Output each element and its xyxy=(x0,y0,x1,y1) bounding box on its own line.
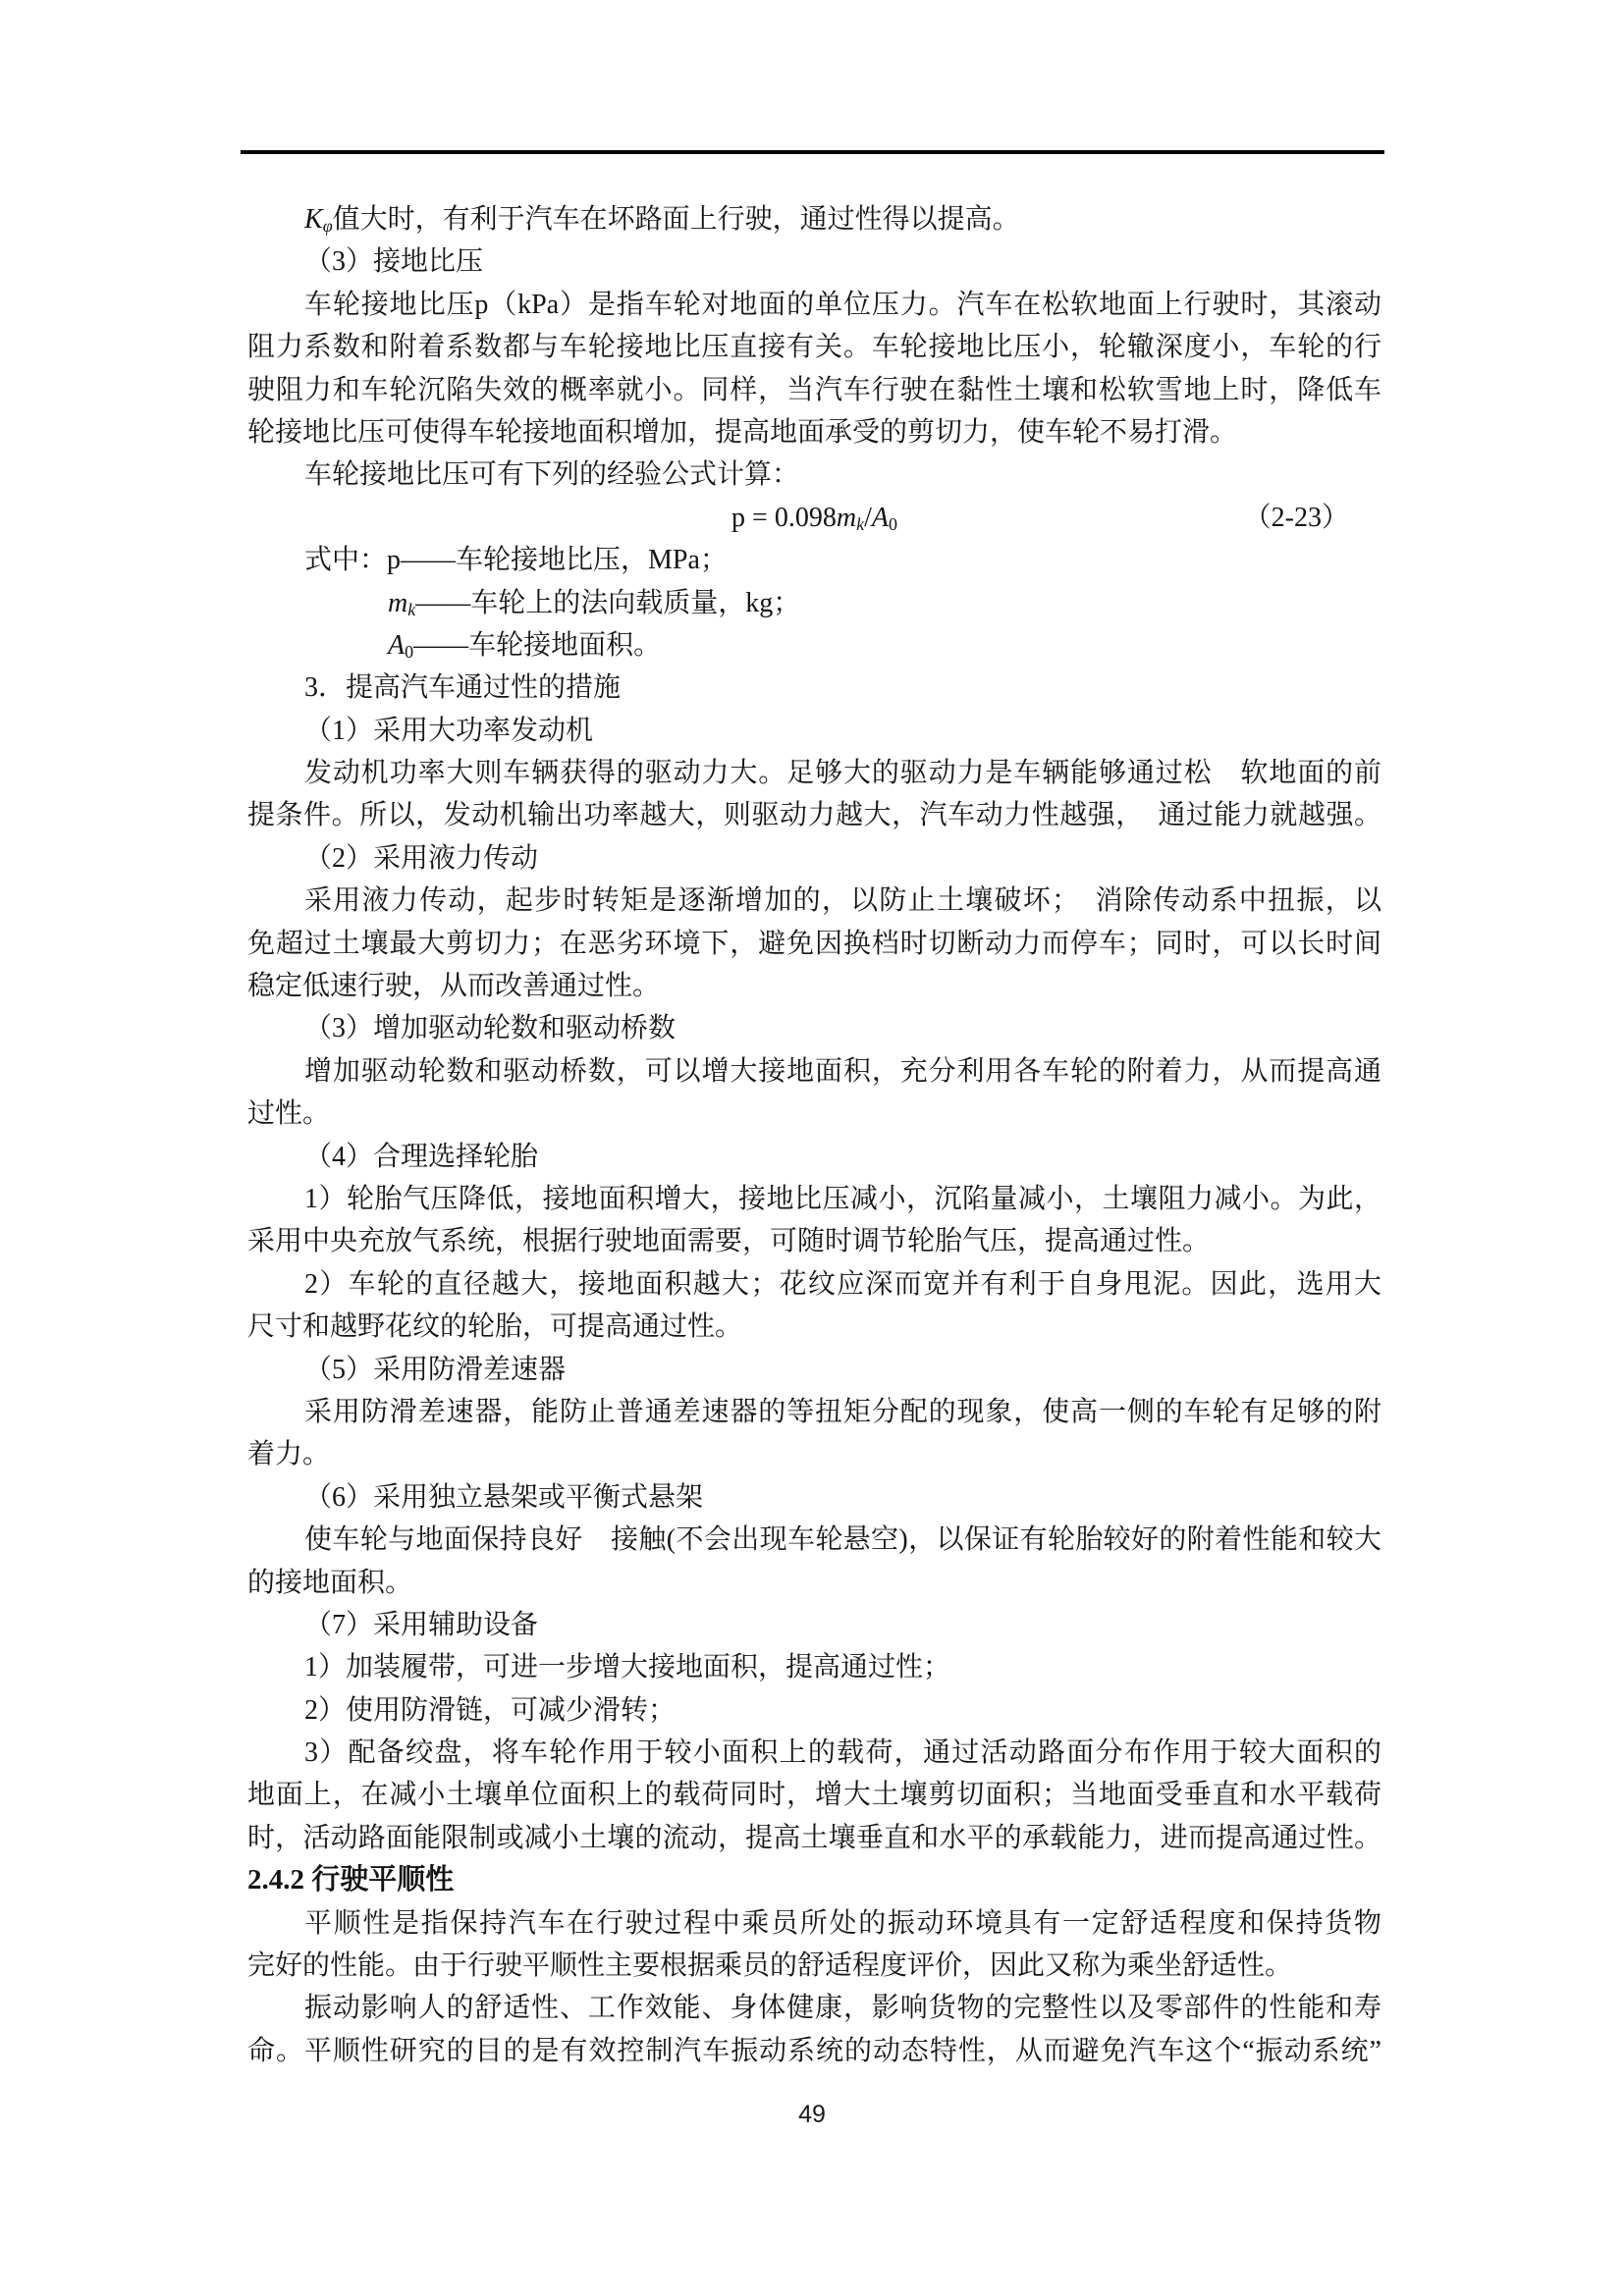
para-hydraulic-line: 免超过土壤最大剪切力；在恶劣环境下，避免因换档时切断动力而停车；同时，可以长时间 xyxy=(247,923,1381,965)
para-ground-pressure-line: 阻力系数和附着系数都与车轮接地比压直接有关。车轮接地比压小，轮辙深度小，车轮的行 xyxy=(247,326,1381,368)
page-footer: 49 xyxy=(0,2101,1624,2129)
subheading-measure-1-engine: （1）采用大功率发动机 xyxy=(247,710,1381,752)
para-vibration-line: 振动影响人的舒适性、工作效能、身体健康，影响货物的完整性以及零部件的性能和寿 xyxy=(247,1987,1381,2029)
para-engine-line: 发动机功率大则车辆获得的驱动力大。足够大的驱动力是车辆能够通过松 软地面的前 xyxy=(247,752,1381,794)
subheading-measure-2-hydraulic: （2）采用液力传动 xyxy=(247,837,1381,880)
subheading-measure-5-differential: （5）采用防滑差速器 xyxy=(247,1349,1381,1391)
para-differential-line: 采用防滑差速器，能防止普通差速器的等扭矩分配的现象，使高一侧的车轮有足够的附 xyxy=(247,1391,1381,1433)
subheading-improvement-measures: 3．提高汽车通过性的措施 xyxy=(247,667,1381,709)
para-tire-size-line: 尺寸和越野花纹的轮胎，可提高通过性。 xyxy=(247,1306,1381,1348)
equation-row: p = 0.098mk/A0 （2-23） xyxy=(247,497,1381,539)
equation-number: （2-23） xyxy=(1244,497,1349,539)
header-rule xyxy=(241,150,1384,154)
subheading-measure-6-suspension: （6）采用独立悬架或平衡式悬架 xyxy=(247,1476,1381,1519)
para-drive-wheels-line: 增加驱动轮数和驱动桥数，可以增大接地面积，充分利用各车轮的附着力，从而提高通 xyxy=(247,1050,1381,1093)
para-winch-line: 地面上，在减小土壤单位面积上的载荷同时，增大土壤剪切面积；当地面受垂直和水平载荷 xyxy=(247,1774,1381,1816)
remark-kphi-line: Kφ值大时，有利于汽车在坏路面上行驶，通过性得以提高。 xyxy=(247,198,1381,240)
subheading-measure-3-drive-wheels: （3）增加驱动轮数和驱动桥数 xyxy=(247,1007,1381,1049)
section-heading-ride-comfort: 2.4.2 行驶平顺性 xyxy=(247,1859,1381,1901)
para-ride-comfort-line: 平顺性是指保持汽车在行驶过程中乘员所处的振动环境具有一定舒适程度和保持货物 xyxy=(247,1902,1381,1945)
para-engine-line: 提条件。所以，发动机输出功率越大，则驱动力越大，汽车动力性越强， 通过能力就越强… xyxy=(247,794,1381,836)
para-vibration-line: 命。平顺性研究的目的是有效控制汽车振动系统的动态特性，从而避免汽车这个“振动系统… xyxy=(247,2030,1381,2072)
symbol-note-a0-line: A0——车轮接地面积。 xyxy=(247,624,1381,667)
subheading-measure-4-tires: （4）合理选择轮胎 xyxy=(247,1136,1381,1178)
para-suspension-line: 使车轮与地面保持良好 接触(不会出现车轮悬空)，以保证有轮胎较好的附着性能和较大 xyxy=(247,1519,1381,1561)
para-ride-comfort-line: 完好的性能。由于行驶平顺性主要根据乘员的舒适程度评价，因此又称为乘坐舒适性。 xyxy=(247,1945,1381,1987)
para-ground-pressure-line: 驶阻力和车轮沉陷失效的概率就小。同样，当汽车行驶在黏性土壤和松软雪地上时，降低车 xyxy=(247,369,1381,411)
para-ground-pressure-line: 车轮接地比压p（kPa）是指车轮对地面的单位压力。汽车在松软地面上行驶时，其滚动 xyxy=(247,284,1381,326)
para-winch-line: 3）配备绞盘，将车轮作用于较小面积上的载荷，通过活动路面分布作用于较大面积的 xyxy=(247,1732,1381,1774)
para-tire-pressure-line: 1）轮胎气压降低，接地面积增大，接地比压减小，沉陷量减小，土壤阻力减小。为此， xyxy=(247,1178,1381,1220)
symbol-note-p-line: 式中：p——车轮接地比压，MPa； xyxy=(247,539,1381,581)
para-drive-wheels-line: 过性。 xyxy=(247,1093,1381,1135)
formula-intro-line: 车轮接地比压可有下列的经验公式计算： xyxy=(247,454,1381,496)
symbol-note-mk-line: mk——车轮上的法向载质量，kg； xyxy=(247,582,1381,624)
para-tire-size-line: 2）车轮的直径越大，接地面积越大；花纹应深而宽并有利于自身甩泥。因此，选用大 xyxy=(247,1263,1381,1306)
document-text: Kφ值大时，有利于汽车在坏路面上行驶，通过性得以提高。 （3）接地比压 车轮接地… xyxy=(247,198,1381,2072)
subheading-measure-7-auxiliary: （7）采用辅助设备 xyxy=(247,1604,1381,1646)
para-hydraulic-line: 稳定低速行驶，从而改善通过性。 xyxy=(247,965,1381,1007)
list-item-track-line: 1）加装履带，可进一步增大接地面积，提高通过性； xyxy=(247,1646,1381,1688)
document-page: Kφ值大时，有利于汽车在坏路面上行驶，通过性得以提高。 （3）接地比压 车轮接地… xyxy=(0,0,1624,2296)
para-tire-pressure-line: 采用中央充放气系统，根据行驶地面需要，可随时调节轮胎气压，提高通过性。 xyxy=(247,1220,1381,1262)
para-differential-line: 着力。 xyxy=(247,1433,1381,1475)
list-item-chain-line: 2）使用防滑链，可减少滑转； xyxy=(247,1689,1381,1732)
para-hydraulic-line: 采用液力传动，起步时转矩是逐渐增加的，以防止土壤破坏； 消除传动系中扭振，以 xyxy=(247,880,1381,922)
para-suspension-line: 的接地面积。 xyxy=(247,1562,1381,1604)
equation-2-23: p = 0.098mk/A0 xyxy=(731,503,897,533)
para-ground-pressure-line: 轮接地比压可使得车轮接地面积增加，提高地面承受的剪切力，使车轮不易打滑。 xyxy=(247,411,1381,454)
page-number: 49 xyxy=(798,2101,826,2128)
para-winch-line: 时，活动路面能限制或减小土壤的流动，提高土壤垂直和水平的承载能力，进而提高通过性… xyxy=(247,1817,1381,1859)
subheading-ground-contact-pressure: （3）接地比压 xyxy=(247,240,1381,283)
